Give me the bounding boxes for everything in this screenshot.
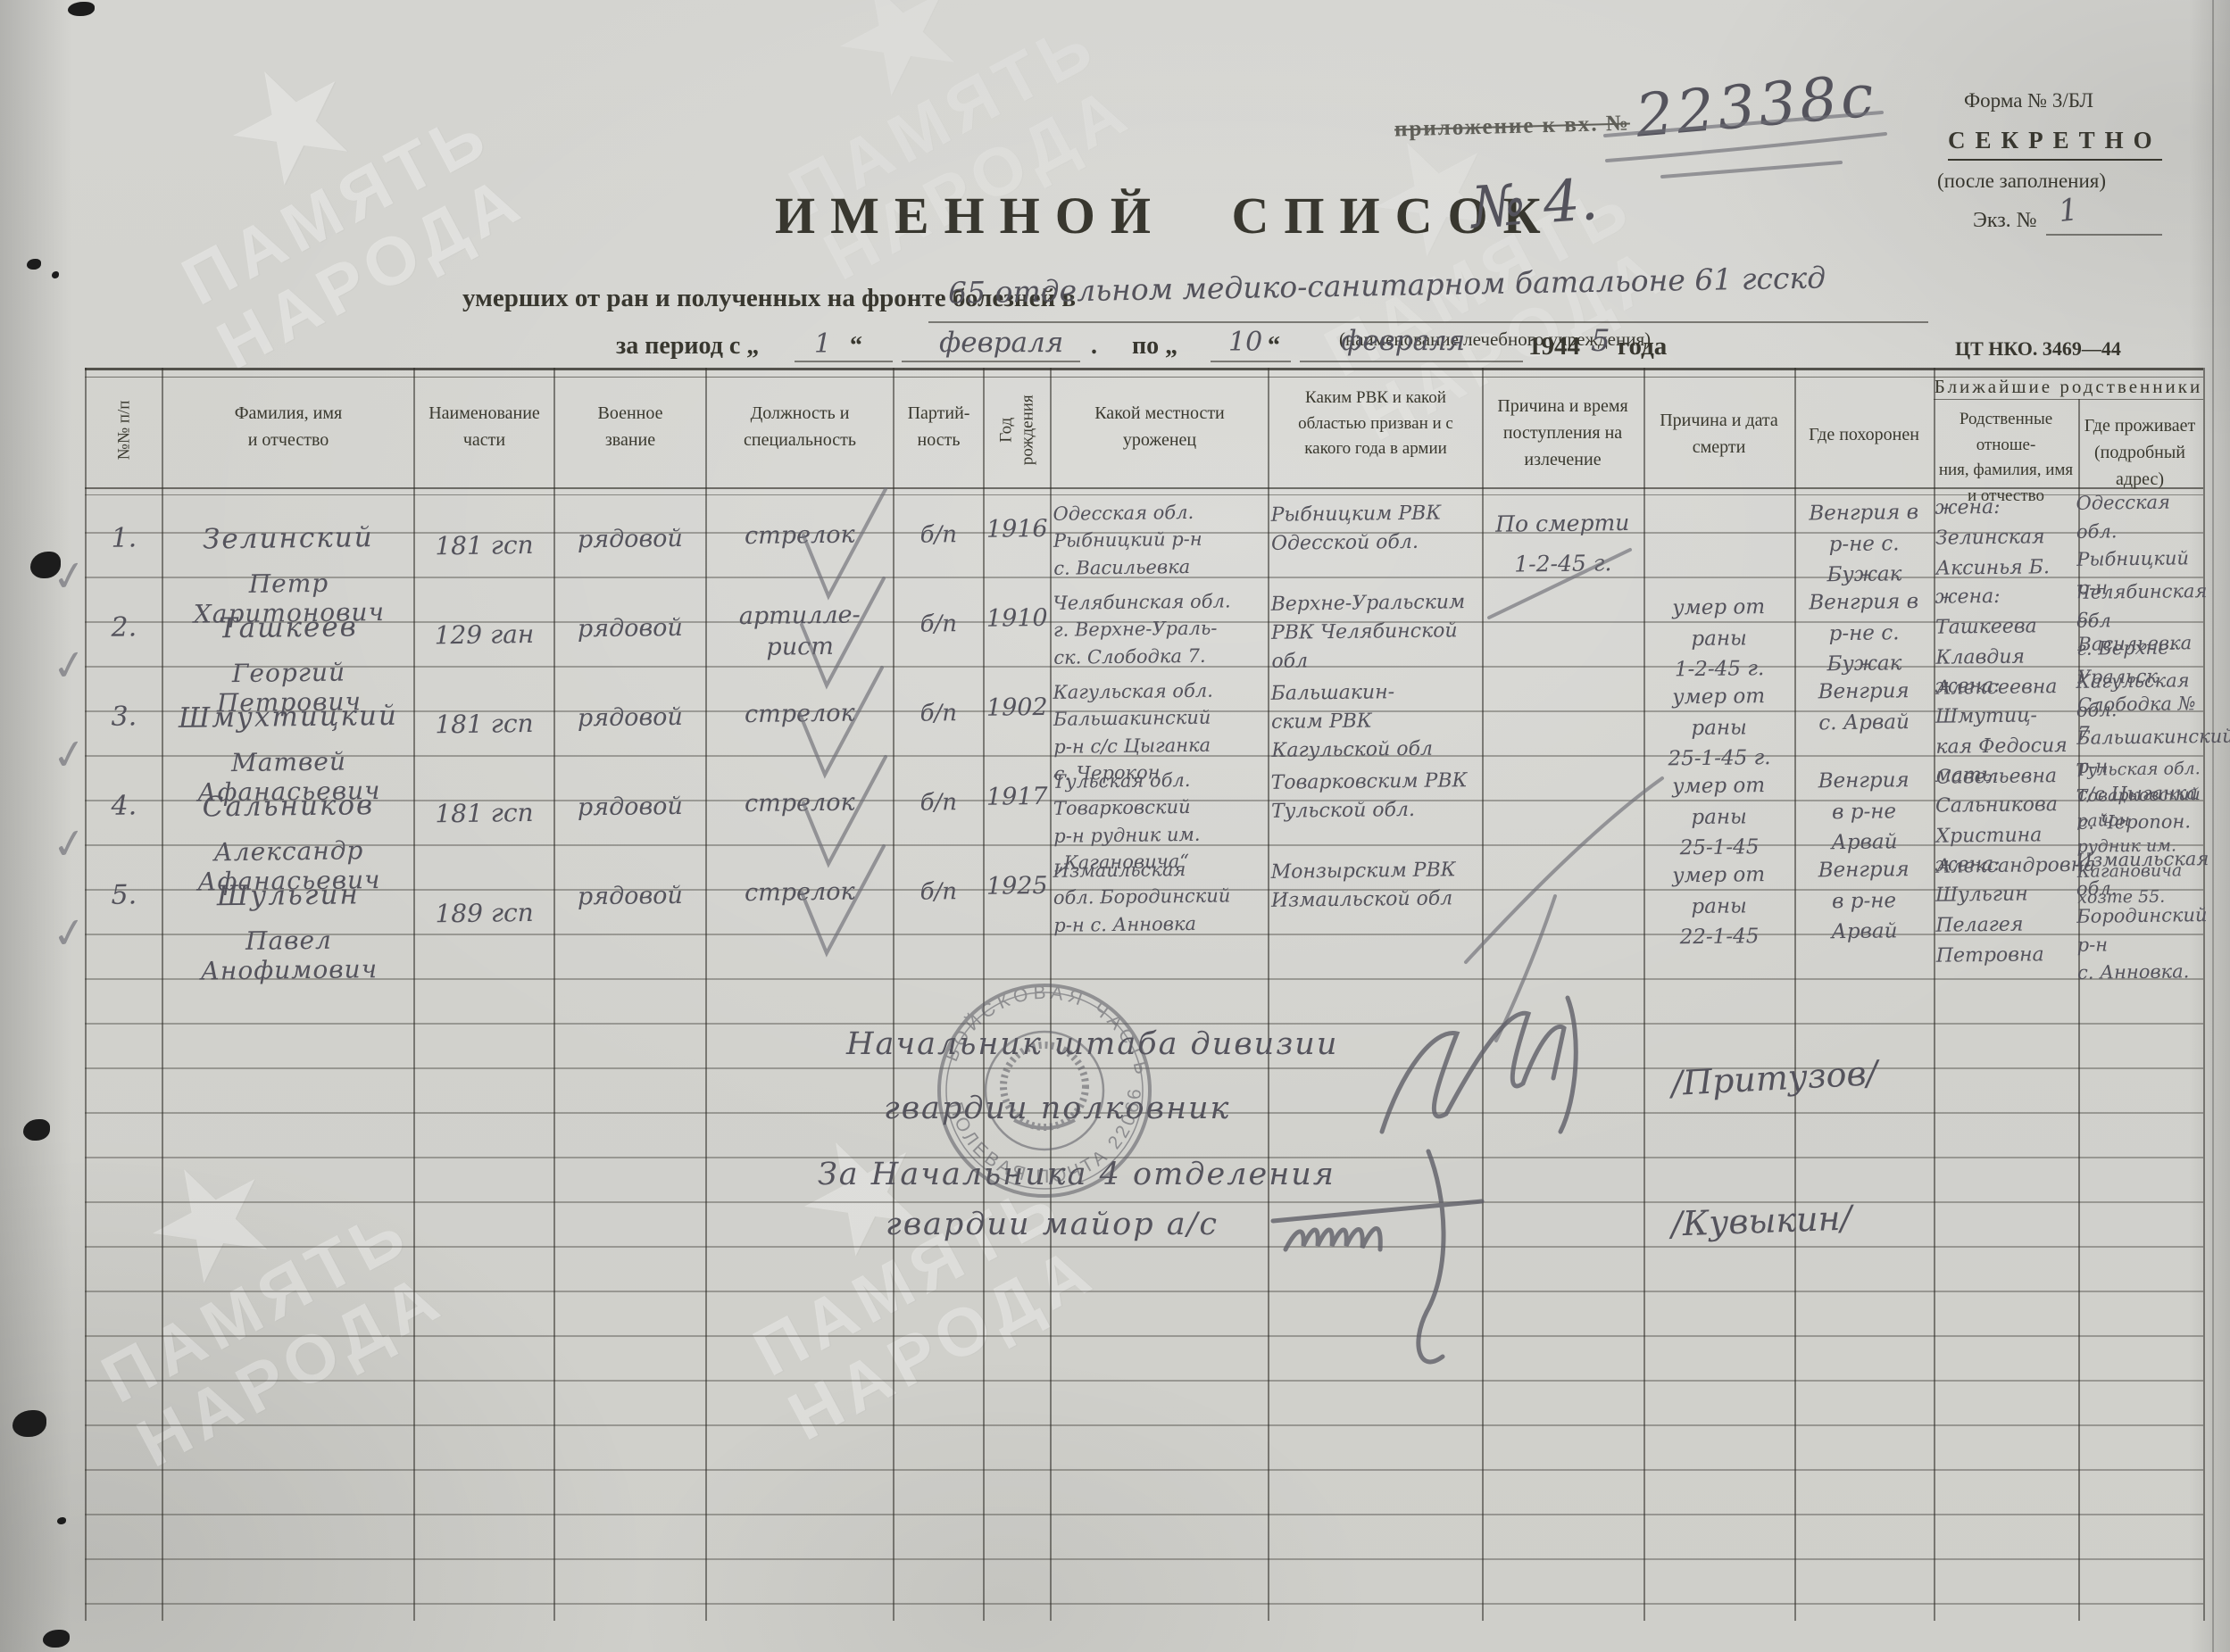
period-dot: . [1091,332,1097,361]
period-to-day: 10 [1228,327,1262,358]
memory-of-people-watermark: ★ ПАМЯТЬ НАРОДА [701,0,1165,306]
secret-label: СЕКРЕТНО [1948,127,2162,161]
scanned-document-page: ★ ПАМЯТЬ НАРОДА ★ ПАМЯТЬ НАРОДА ★ ПАМЯТЬ… [0,0,2230,1652]
punch-hole [27,259,41,270]
star-watermark-icon: ★ [94,0,489,266]
round-field-post-stamp: ВОЙСКОВАЯ ЧАСТЬ ПОЛЕВАЯ ПОЧТА 22066 [928,977,1161,1209]
period-line [1211,361,1291,362]
period-line [902,361,1080,362]
pencil-check-mark: ✓ [48,550,89,602]
subtitle-underline [928,321,1928,323]
signature-name-2: /Кувыкин/ [1670,1198,1852,1243]
pencil-check-mark: ✓ [48,728,89,781]
copy-number-value: 1 [2057,192,2080,229]
scan-artifact [68,2,95,16]
period-line [1300,361,1523,362]
col-header-unit: Наименование части [415,400,553,453]
pencil-check-mark: ✓ [48,639,89,692]
list-number-handwritten: № 4. [1469,167,1601,242]
incoming-number-handwritten: 22338с [1633,61,1880,150]
period-year: 1944 [1528,332,1580,361]
period-prefix: за период с „ [616,332,759,361]
print-code: ЦТ НКО. 3469—44 [1955,337,2121,361]
col-header-rank: Военное звание [555,400,705,453]
col-header-duty: Должность и специальность [707,400,893,453]
incoming-stamp-text: приложение к вх. № [1394,112,1631,143]
period-to-label: по „ [1132,332,1177,361]
col-header-buried: Где похоронен [1796,421,1932,448]
col-header-num: №№ п/п [87,375,162,486]
col-header-birthplace: Какой местности уроженец [1053,400,1266,453]
copy-number-line [2046,234,2162,236]
period-year-suffix: года [1618,332,1667,361]
col-group-relatives: Ближайшие родственники [1934,373,2203,402]
period-quote: “ [850,332,862,361]
memory-of-people-watermark: ★ ПАМЯТЬ НАРОДА [94,0,558,395]
col-header-death: Причина и дата смерти [1645,407,1793,461]
star-watermark-icon: ★ [701,0,1096,177]
period-to-month: февраля [1341,325,1465,357]
col-header-birth-year: Год рождения [985,375,1050,486]
pencil-check-mark: ✓ [48,907,89,959]
period-line [795,361,893,362]
col-header-address: Где проживает (подробный адрес) [2076,412,2203,493]
period-from-day: 1 [814,328,831,360]
col-header-party: Партий- ность [894,400,983,453]
col-header-admission: Причина и время поступления на излечение [1484,393,1642,473]
after-filling-label: (после заполнения) [1937,170,2106,193]
stamp-emblem [1003,1045,1086,1127]
pencil-check-mark: ✓ [48,818,89,870]
period-year-handwritten: 5 [1591,323,1610,359]
signature-rank-2: гвардии майор а/с [886,1207,1219,1242]
underline-stroke [1662,162,1841,177]
table-top-border [85,368,2203,378]
form-number-label: Форма № 3/БЛ [1964,89,2093,112]
copy-number-label: Экз. № [1973,209,2037,233]
period-from-month: февраля [939,327,1063,359]
period-quote2: “ [1268,332,1280,361]
col-header-rvk: Каким РВК и какой областью призван и с к… [1271,386,1480,462]
page-title: ИМЕННОЙ СПИСОК [775,186,1556,245]
col-header-name: Фамилия, имя и отчество [163,400,413,453]
hospital-name-handwritten: 65 отдельном медико-санитарном батальоне… [948,260,1826,310]
